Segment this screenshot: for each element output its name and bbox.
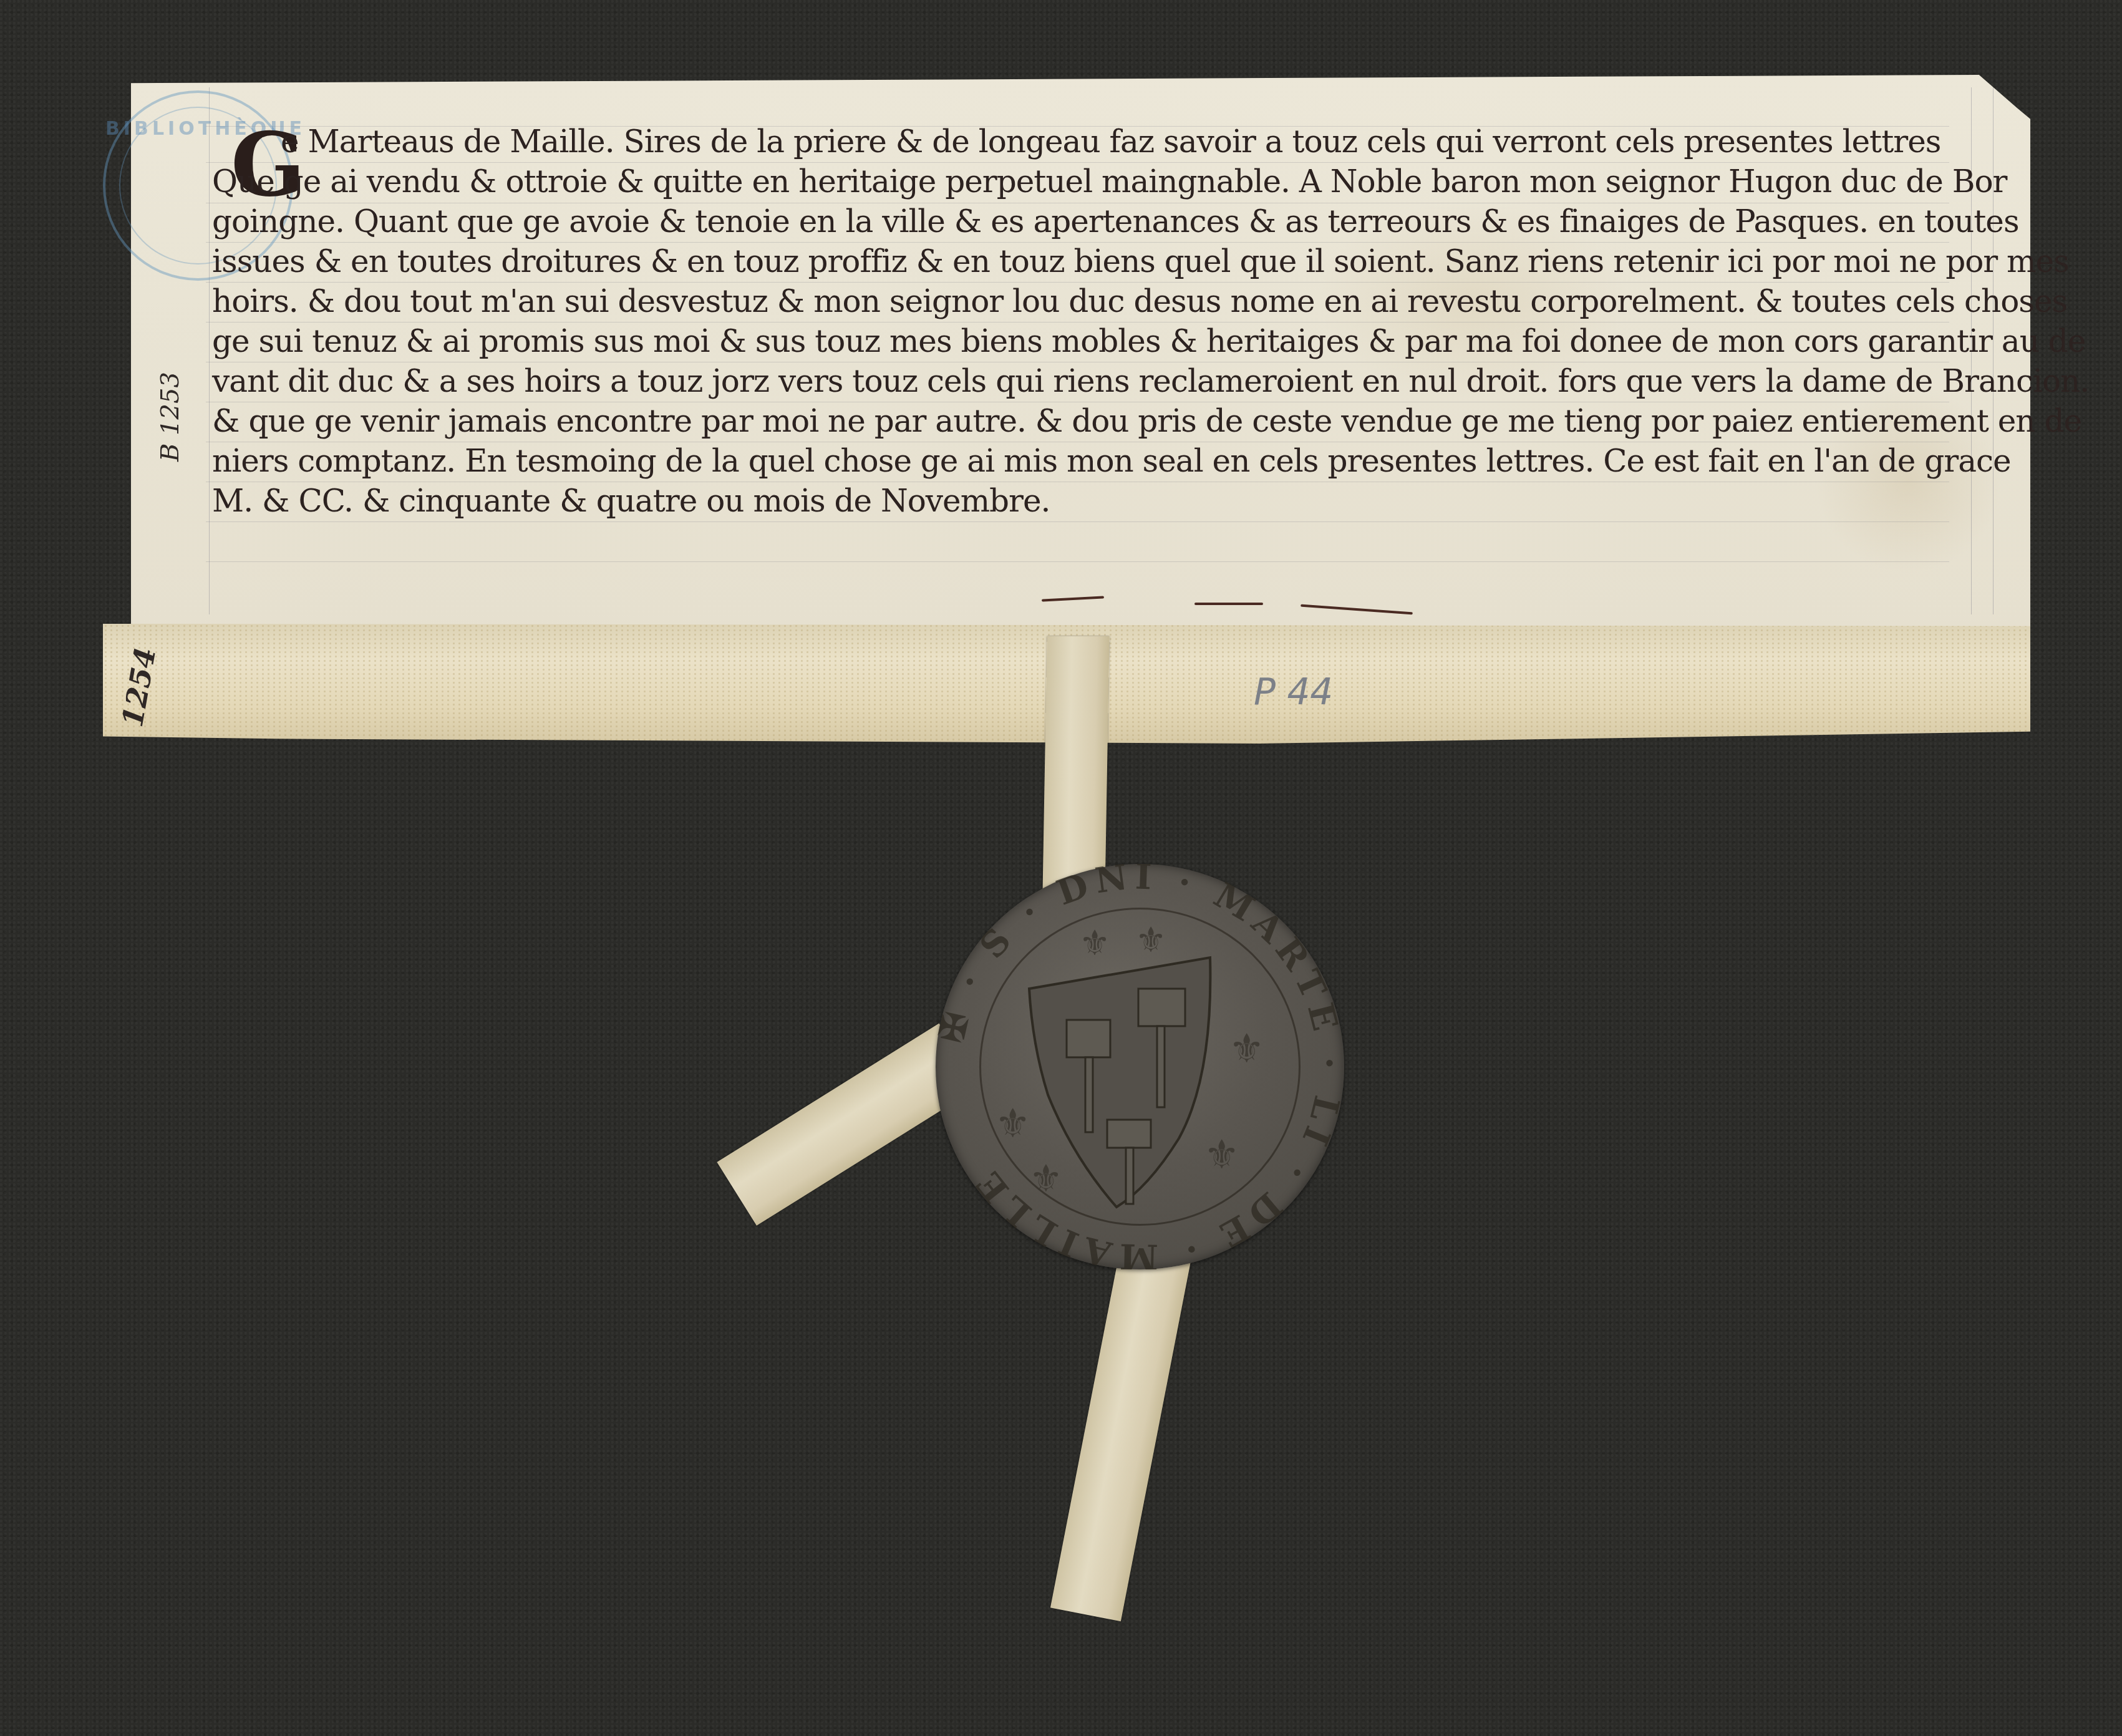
text-line: niers comptanz. En tesmoing de la quel c… (212, 441, 2008, 481)
ruling-line (206, 521, 1949, 522)
text-line: hoirs. & dou tout m'an sui desvestuz & m… (212, 281, 2008, 321)
pencil-archive-mark: P 44 (1254, 671, 1333, 713)
charter-text: e Marteaus de Maille. Sires de la priere… (212, 122, 2008, 521)
text-line: vant dit duc & a ses hoirs a touz jorz v… (212, 361, 2008, 401)
margin-shelfmark: B 1253 (156, 372, 185, 462)
wax-seal: ✠ · S · DNI · MARTE · LI · DE · MAILLE ⚜… (936, 864, 1344, 1269)
fleur-de-lis-icon: ⚜ (1204, 1132, 1239, 1178)
seal-tag-right (1050, 1216, 1197, 1621)
text-line: issues & en toutes droitures & en touz p… (212, 241, 2008, 281)
text-line: & que ge venir jamais encontre par moi n… (212, 401, 2008, 441)
seal-tag-top (1042, 636, 1109, 898)
text-line: e Marteaus de Maille. Sires de la priere… (212, 122, 2008, 162)
ruling-line (206, 561, 1949, 562)
fleur-de-lis-icon: ⚜ (1029, 1157, 1063, 1201)
text-line: goingne. Quant que ge avoie & tenoie en … (212, 201, 2008, 241)
fleur-de-lis-icon: ⚜ (1135, 920, 1166, 961)
fleur-de-lis-icon: ⚜ (1229, 1026, 1264, 1072)
text-line: ge sui tenuz & ai promis sus moi & sus t… (212, 321, 2008, 361)
closing-flourish (1194, 603, 1263, 605)
text-line: M. & CC. & cinquante & quatre ou mois de… (212, 481, 2008, 521)
fleur-de-lis-icon: ⚜ (995, 1101, 1030, 1147)
text-line: Que ge ai vendu & ottroie & quitte en he… (212, 162, 2008, 201)
fleur-de-lis-icon: ⚜ (1079, 923, 1110, 964)
